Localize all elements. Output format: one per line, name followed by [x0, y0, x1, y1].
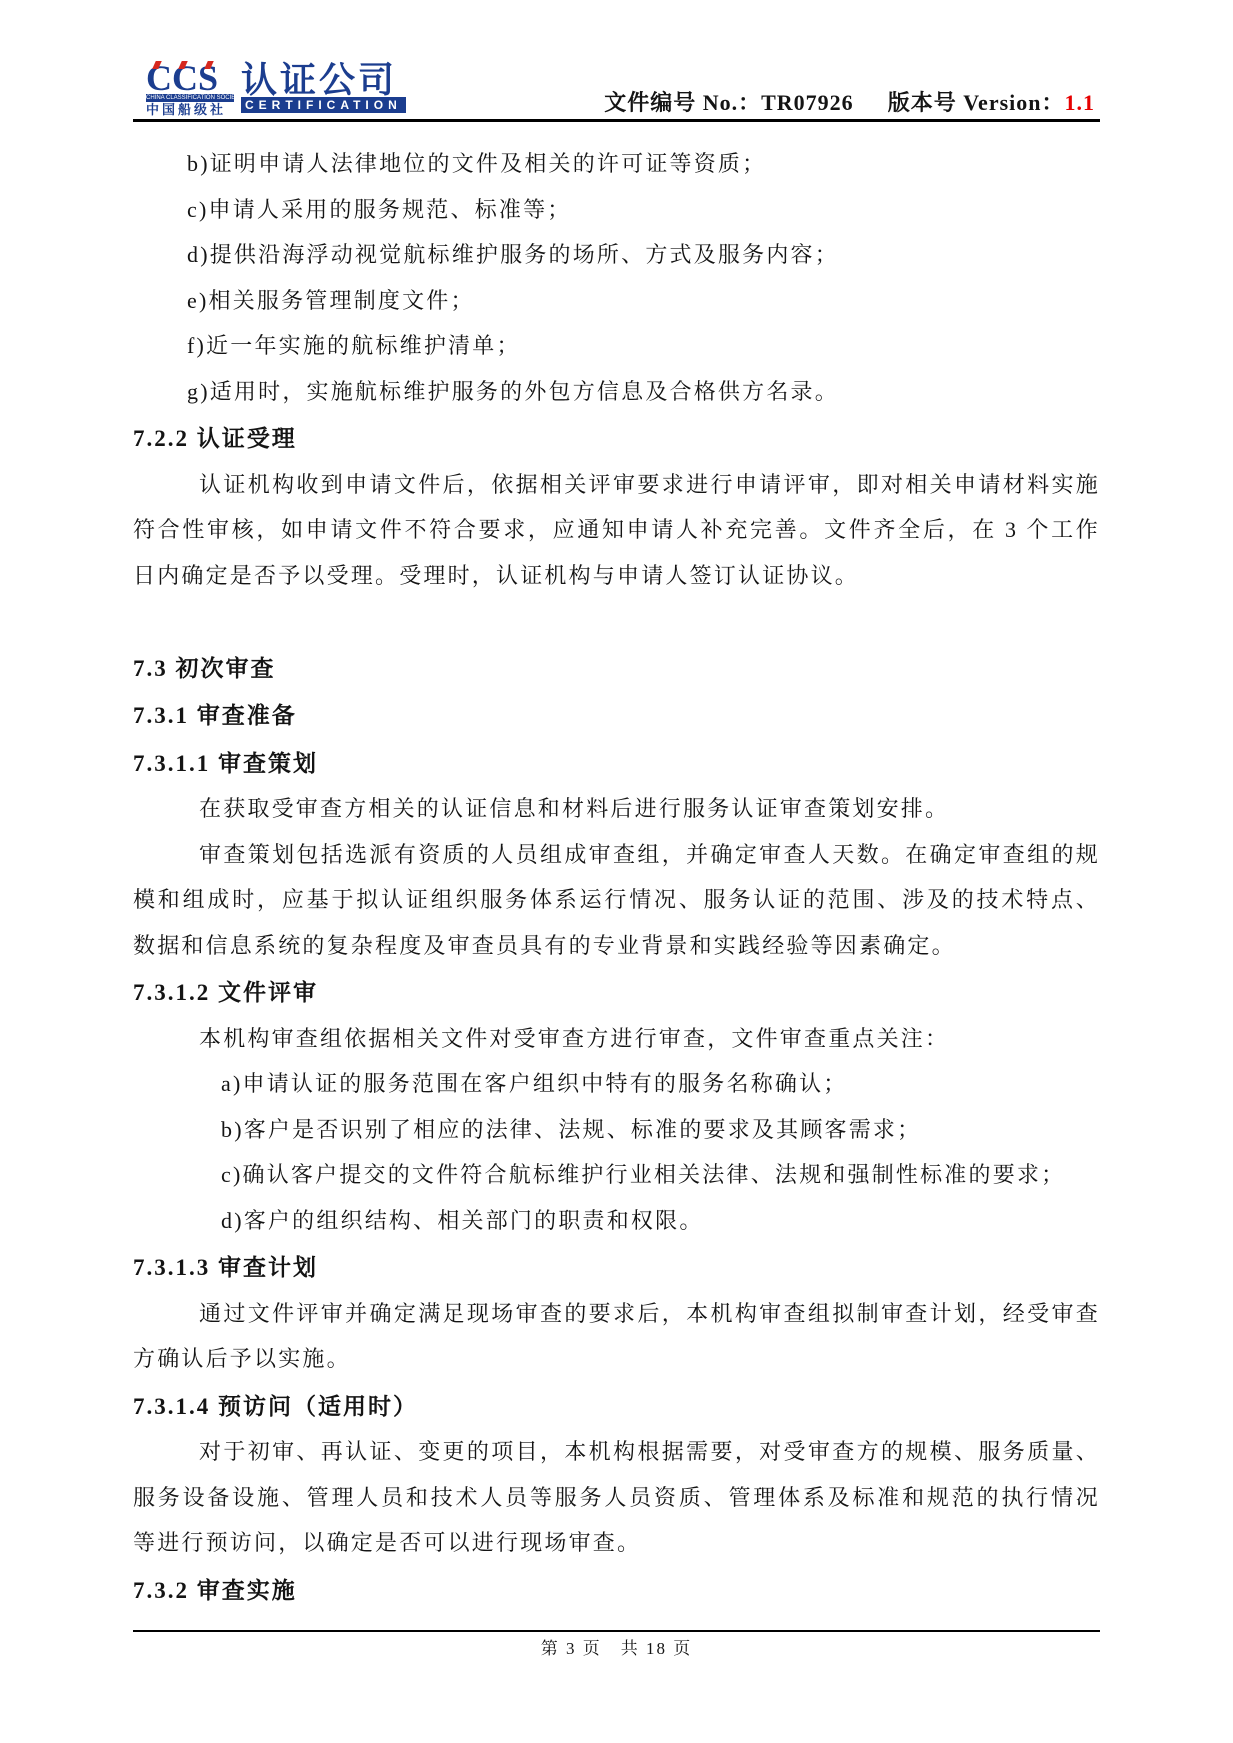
document-page: { "header": { "logo": { "ccs": "CCS", "s… — [0, 0, 1233, 1743]
heading-7-3-1-4: 7.3.1.4 预访问（适用时） — [133, 1384, 1100, 1430]
paragraph-pre-visit: 对于初审、再认证、变更的项目，本机构根据需要，对受审查方的规模、服务质量、服务设… — [133, 1429, 1100, 1566]
doc-number-label: 文件编号 No.： — [604, 90, 761, 115]
society-name: 中国船级社 — [146, 102, 234, 117]
heading-7-3-2: 7.3.2 审查实施 — [133, 1568, 1100, 1614]
certification-banner: CERTIFICATION — [241, 97, 406, 113]
list-item-d2: d)客户的组织结构、相关部门的职责和权限。 — [133, 1198, 1100, 1244]
document-meta: 文件编号 No.：TR07926版本号 Version：1.1 — [604, 86, 1095, 117]
paragraph-planning-1: 在获取受审查方相关的认证信息和材料后进行服务认证审查策划安排。 — [133, 786, 1100, 832]
heading-7-3-1-2: 7.3.1.2 文件评审 — [133, 970, 1100, 1016]
blank-line — [133, 598, 1100, 644]
footer-rule — [133, 1630, 1100, 1632]
page-number: 第 3 页 共 18 页 — [0, 1634, 1233, 1659]
company-name: 认证公司 — [241, 63, 406, 96]
list-item-c2: c)确认客户提交的文件符合航标维护行业相关法律、法规和强制性标准的要求； — [133, 1152, 1100, 1198]
document-body: b)证明申请人法律地位的文件及相关的许可证等资质； c)申请人采用的服务规范、标… — [133, 122, 1100, 1613]
list-item-b2: b)客户是否识别了相应的法律、法规、标准的要求及其顾客需求； — [133, 1107, 1100, 1153]
heading-7-3-1-1: 7.3.1.1 审查策划 — [133, 741, 1100, 787]
list-item-f: f)近一年实施的航标维护清单； — [133, 323, 1100, 369]
list-item-e: e)相关服务管理制度文件； — [133, 278, 1100, 324]
list-item-a2: a)申请认证的服务范围在客户组织中特有的服务名称确认； — [133, 1061, 1100, 1107]
heading-7-2-2: 7.2.2 认证受理 — [133, 416, 1100, 462]
ccs-logo: CCS CHINA CLASSIFICATION SOCIETY 中国船级社 认… — [146, 63, 406, 117]
list-item-c: c)申请人采用的服务规范、标准等； — [133, 187, 1100, 233]
list-item-g: g)适用时，实施航标维护服务的外包方信息及合格供方名录。 — [133, 369, 1100, 415]
paragraph-planning-2: 审查策划包括选派有资质的人员组成审查组，并确定审查人天数。在确定审查组的规模和组… — [133, 832, 1100, 969]
ccs-logo-left: CCS CHINA CLASSIFICATION SOCIETY 中国船级社 — [146, 63, 234, 117]
doc-number-value: TR07926 — [761, 90, 854, 115]
list-item-d: d)提供沿海浮动视觉航标维护服务的场所、方式及服务内容； — [133, 232, 1100, 278]
ccs-letters: CCS — [146, 63, 234, 93]
list-item-b: b)证明申请人法律地位的文件及相关的许可证等资质； — [133, 141, 1100, 187]
heading-7-3: 7.3 初次审查 — [133, 646, 1100, 692]
paragraph-acceptance: 认证机构收到申请文件后，依据相关评审要求进行申请评审，即对相关申请材料实施符合性… — [133, 462, 1100, 599]
version-value: 1.1 — [1065, 90, 1096, 115]
paragraph-doc-review: 本机构审查组依据相关文件对受审查方进行审查，文件审查重点关注： — [133, 1016, 1100, 1062]
version-label: 版本号 Version： — [888, 90, 1065, 115]
heading-7-3-1: 7.3.1 审查准备 — [133, 693, 1100, 739]
ccs-logo-right: 认证公司 CERTIFICATION — [241, 63, 406, 113]
heading-7-3-1-3: 7.3.1.3 审查计划 — [133, 1245, 1100, 1291]
paragraph-audit-plan: 通过文件评审并确定满足现场审查的要求后，本机构审查组拟制审查计划，经受审查方确认… — [133, 1291, 1100, 1382]
